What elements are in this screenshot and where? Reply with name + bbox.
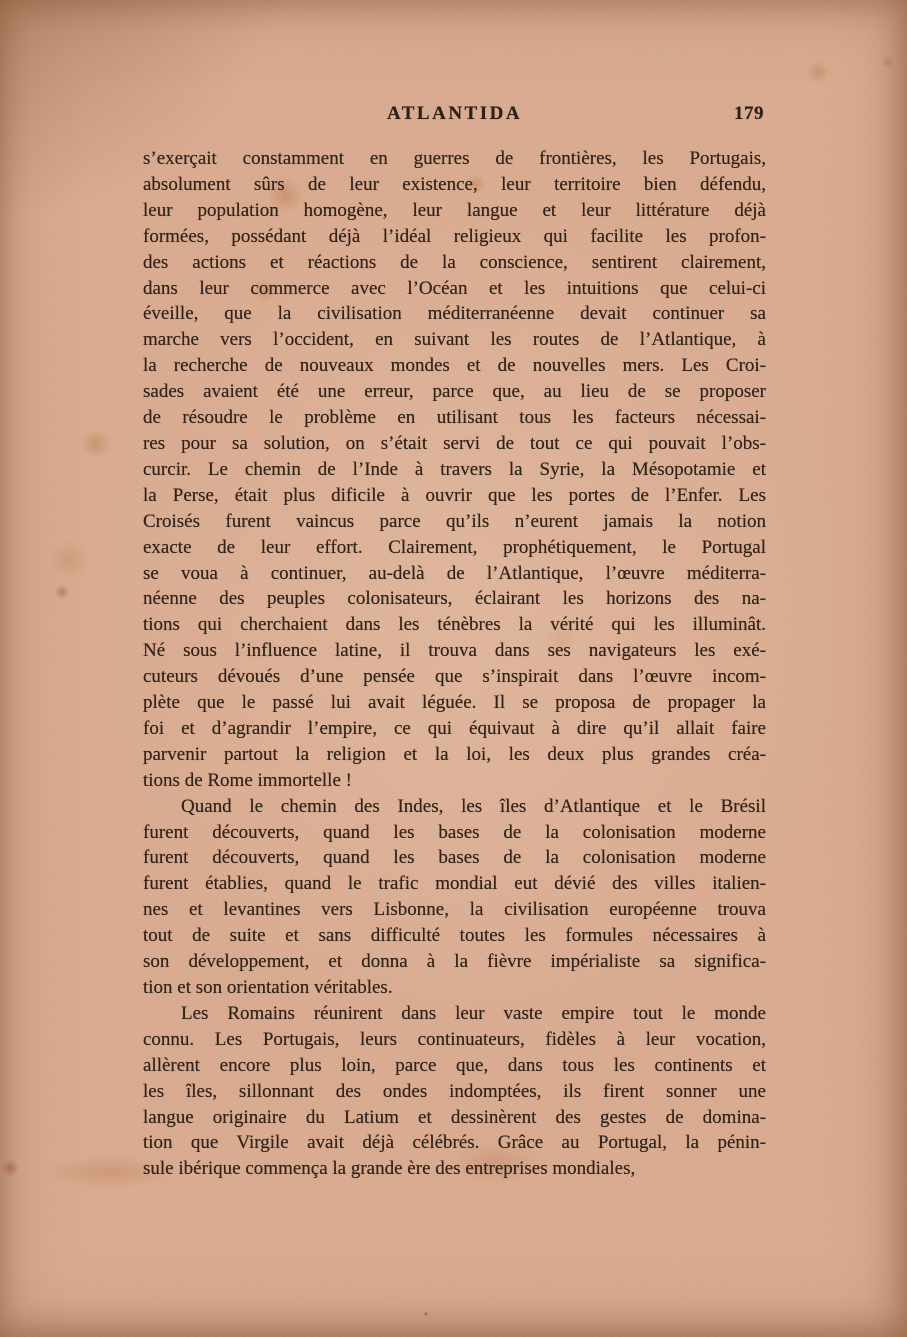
text-line: furent découverts, quand les bases de la… (143, 820, 766, 846)
text-line: tion que Virgile avait déjà célébrés. Gr… (143, 1130, 766, 1156)
text-line: plète que le passé lui avait léguée. Il … (143, 690, 766, 716)
paragraph: s’exerçait constamment en guerres de fro… (143, 146, 766, 794)
text-line: marche vers l’occident, en suivant les r… (143, 327, 766, 353)
page-number: 179 (734, 103, 764, 125)
text-line: Croisés furent vaincus parce qu’ils n’eu… (143, 509, 766, 535)
text-line: langue originaire du Latium et dessinère… (143, 1105, 766, 1131)
text-line: allèrent encore plus loin, parce que, da… (143, 1053, 766, 1079)
text-line: furent découverts, quand les bases de la… (143, 845, 766, 871)
text-line: furent établies, quand le trafic mondial… (143, 871, 766, 897)
text-line: sule ibérique commença la grande ère des… (143, 1156, 766, 1182)
text-line: tions qui cherchaient dans les ténèbres … (143, 612, 766, 638)
text-line: leur population homogène, leur langue et… (143, 198, 766, 224)
text-line: formées, possédant déjà l’idéal religieu… (143, 224, 766, 250)
paragraph: Les Romains réunirent dans leur vaste em… (143, 1001, 766, 1182)
text-line: des actions et réactions de la conscienc… (143, 250, 766, 276)
text-line: Les Romains réunirent dans leur vaste em… (143, 1001, 766, 1027)
text-line: tions de Rome immortelle ! (143, 768, 766, 794)
text-line: son développement, et donna à la fièvre … (143, 949, 766, 975)
text-line: tion et son orientation véritables. (143, 975, 766, 1001)
text-line: curcir. Le chemin de l’Inde à travers la… (143, 457, 766, 483)
running-header: ATLANTIDA 179 (143, 103, 766, 129)
text-block: s’exerçait constamment en guerres de fro… (143, 146, 766, 1182)
text-line: cuteurs dévoués d’une pensée que s’inspi… (143, 664, 766, 690)
text-line: res pour sa solution, on s’était servi d… (143, 431, 766, 457)
text-line: tout de suite et sans difficulté toutes … (143, 923, 766, 949)
text-line: Né sous l’influence latine, il trouva da… (143, 638, 766, 664)
book-page-scan: ATLANTIDA 179 s’exerçait constamment en … (0, 0, 907, 1337)
text-line: la recherche de nouveaux mondes et de no… (143, 353, 766, 379)
text-line: dans leur commerce avec l’Océan et les i… (143, 276, 766, 302)
text-line: sades avaient été une erreur, parce que,… (143, 379, 766, 405)
text-line: parvenir partout la religion et la loi, … (143, 742, 766, 768)
page-title: ATLANTIDA (143, 103, 766, 125)
text-line: les îles, sillonnant des ondes indomptée… (143, 1079, 766, 1105)
paragraph: Quand le chemin des Indes, les îles d’At… (143, 794, 766, 1001)
text-line: Quand le chemin des Indes, les îles d’At… (143, 794, 766, 820)
text-line: éveille, que la civilisation méditerrané… (143, 301, 766, 327)
text-line: de résoudre le problème en utilisant tou… (143, 405, 766, 431)
text-line: absolument sûrs de leur existence, leur … (143, 172, 766, 198)
text-line: exacte de leur effort. Clairement, proph… (143, 535, 766, 561)
text-line: s’exerçait constamment en guerres de fro… (143, 146, 766, 172)
text-line: se voua à continuer, au-delà de l’Atlant… (143, 561, 766, 587)
text-line: connu. Les Portugais, leurs continuateur… (143, 1027, 766, 1053)
text-line: néenne des peuples colonisateurs, éclair… (143, 586, 766, 612)
text-line: foi et d’agrandir l’empire, ce qui équiv… (143, 716, 766, 742)
text-line: la Perse, était plus dificile à ouvrir q… (143, 483, 766, 509)
text-line: nes et levantines vers Lisbonne, la civi… (143, 897, 766, 923)
